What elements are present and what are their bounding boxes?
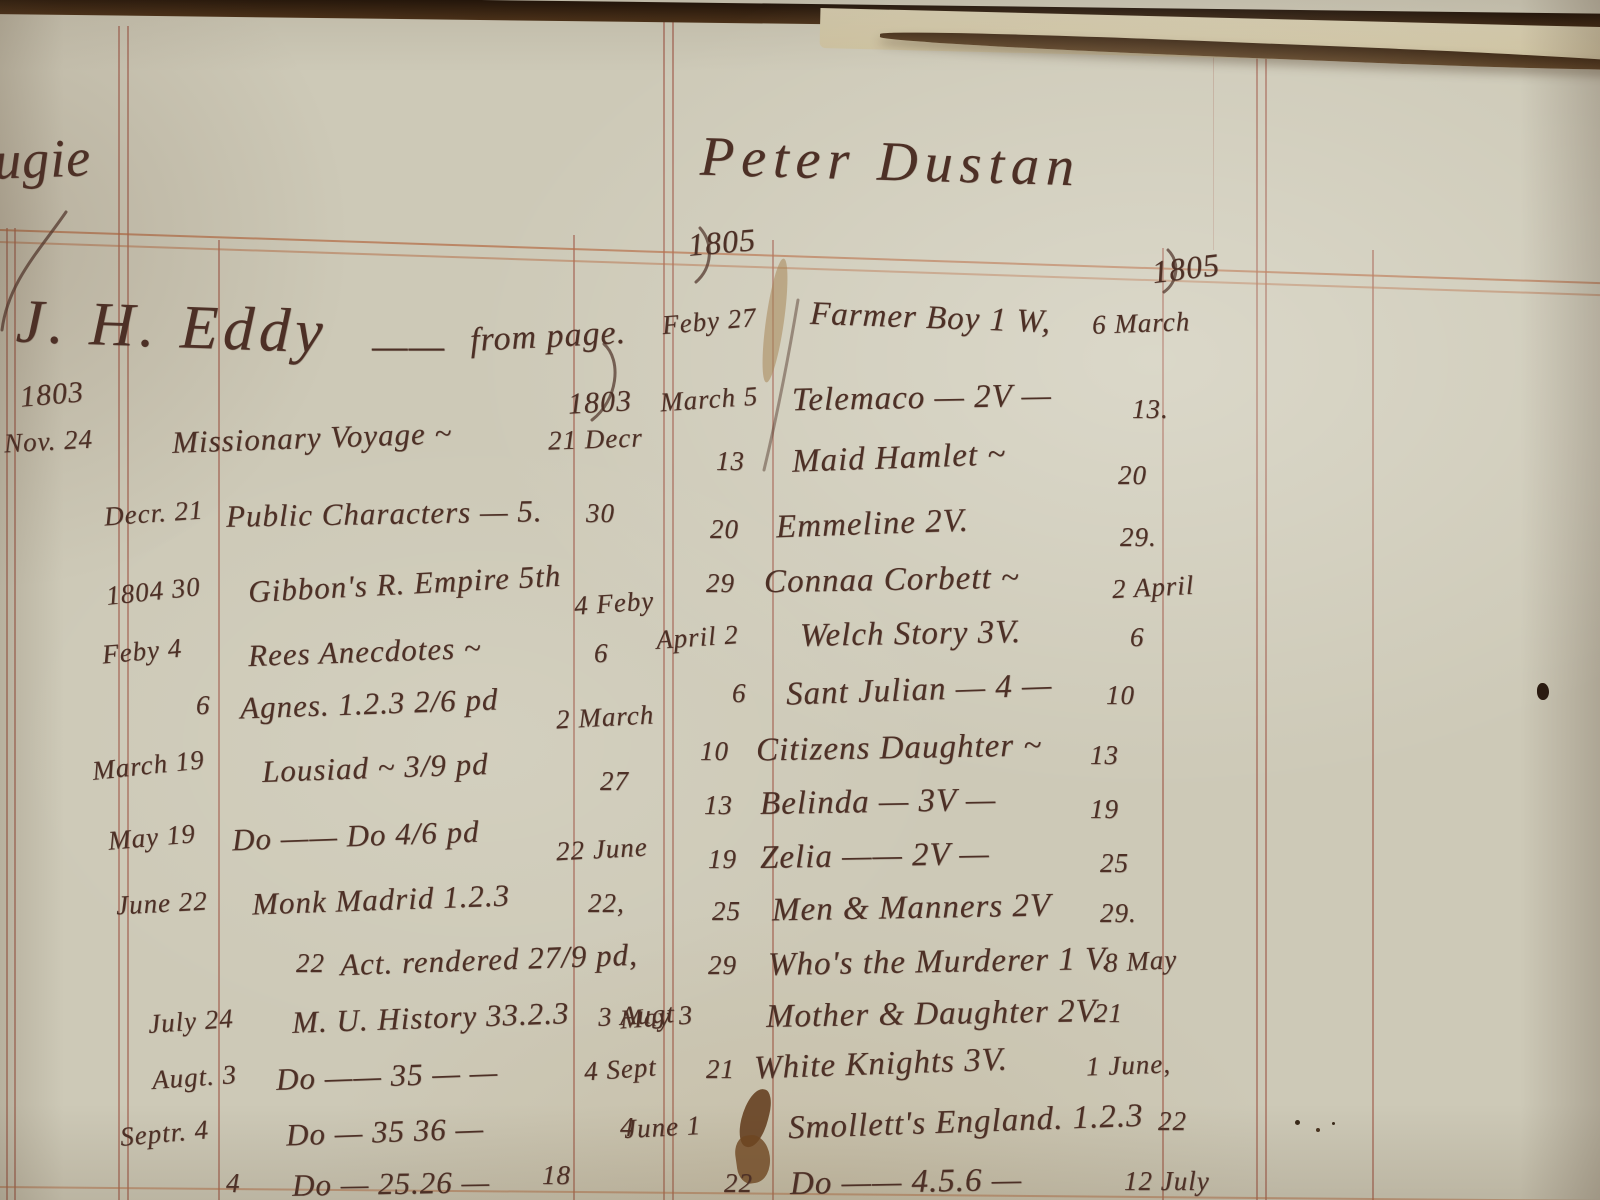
rule-line (6, 228, 8, 1200)
eddy-name-dash: —— (372, 322, 445, 369)
dustan-year-return: 1805 (1150, 246, 1222, 291)
speck (1295, 1120, 1300, 1125)
rule-line (0, 241, 1600, 297)
eddy-year-start: 1803 (19, 375, 86, 414)
speck (1332, 1122, 1335, 1125)
ledger-page-photo: ugie Peter Dustan J. H. Eddy —— from pag… (0, 0, 1600, 1200)
dustan-year-start: 1805 (687, 221, 758, 264)
eddy-from-note: from page. (469, 314, 627, 360)
rule-line (218, 240, 220, 1200)
rule-line (1265, 32, 1267, 1200)
dark-speck (1537, 683, 1549, 700)
eddy-name: J. H. Eddy (15, 287, 329, 369)
ink-stain (757, 257, 792, 383)
left-page-name-partial: ugie (0, 126, 92, 191)
speck (1316, 1128, 1320, 1132)
rule-line (118, 26, 120, 1200)
rule-line (127, 26, 129, 1200)
rule-line (14, 228, 16, 1200)
eddy-year-return: 1803 (567, 384, 633, 421)
rule-line (1213, 55, 1214, 250)
rule-line (1372, 250, 1374, 1200)
right-page-name: Peter Dustan (699, 125, 1082, 200)
rule-line (0, 229, 1600, 285)
rule-line (1256, 32, 1258, 1200)
